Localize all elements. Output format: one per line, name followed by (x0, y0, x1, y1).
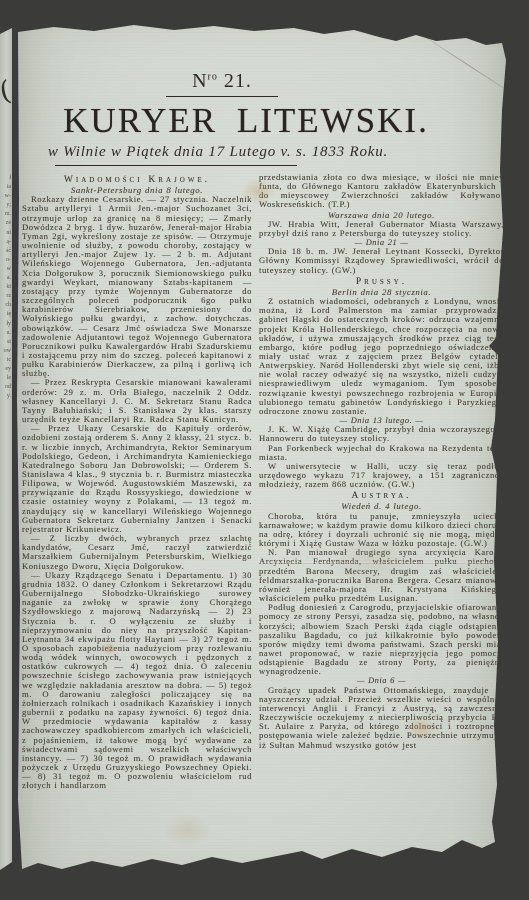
paragraph: Pan Forkenbeck wyjechał do Krakowa na Re… (259, 444, 504, 462)
issue-prefix: N (192, 70, 207, 92)
masthead-dateline: w Wilnie w Piątek dnia 17 Lutego v. s. 1… (0, 144, 466, 161)
paragraph: W uniwersytecie w Halli, uczy się teraz … (259, 462, 504, 489)
issue-superscript: ro (208, 71, 218, 82)
section-header-austrya: Austrya. (259, 492, 504, 501)
paper-fold-line (262, 562, 502, 564)
paragraph: przedstawiania złota co dwa miesiące, w … (259, 173, 504, 210)
masthead-rule-top (166, 96, 278, 97)
paragraph: J. K. W. Xiążę Cambridge, przybył dnia w… (259, 425, 504, 443)
paragraph: — Przez Reskrypta Cesarskie mianowani ka… (22, 378, 252, 424)
adjacent-page-edge: ł ia w- y; m. ze ni ą- ść o- w a. ki rz … (0, 24, 12, 872)
paragraph: Dnia 18 b. m. JW. Jenerał Leytnant Kosse… (259, 247, 504, 274)
paragraph: Z ostatnich wiadomości, odebranych z Lon… (259, 297, 504, 416)
paragraph: JW. Hrabia Witt, Jenerał Gubernator Mias… (259, 220, 504, 238)
paper-stain (164, 815, 210, 845)
paragraph: — Ukazy Rządzącego Senatu i Departamentu… (22, 571, 252, 791)
paragraph: Grożący upadek Państwa Ottomańskiego, zn… (259, 686, 504, 750)
issue-number: Nro 21. (0, 70, 470, 93)
right-column: przedstawiania złota co dwa miesiące, w … (259, 173, 504, 790)
section-header-prussy: Prussy. (259, 278, 504, 287)
issue-value: 21. (224, 70, 252, 92)
section-header-wiadomosci-krajowe: Wiadomości Krajowe. (22, 176, 252, 185)
newspaper-page: Nro 21. KURYER LITEWSKI. w Wilnie w Piąt… (14, 0, 510, 900)
text-columns: Wiadomości Krajowe.Sankt-Petersburg dnia… (14, 166, 510, 790)
left-column: Wiadomości Krajowe.Sankt-Petersburg dnia… (22, 173, 252, 790)
newspaper-title: KURYER LITEWSKI. (0, 101, 494, 141)
paragraph: — Przez Ukazy Cesarskie do Kapituły orde… (22, 424, 252, 534)
paragraph: N. Pan mianował drugiego syna arcyxięcia… (259, 548, 504, 603)
paragraph: — Z liczby dwóch, wybranych przez szlach… (22, 534, 252, 571)
paragraph: Rozkazy dzienne Cesarskie. — 27 stycznia… (22, 195, 252, 378)
paragraph: Podług doniesień z Carogrodu, przyjaciel… (259, 603, 504, 676)
newspaper-scan: { "page": { "background_color": "#3b3b39… (0, 0, 529, 900)
paragraph: Choroba, która tu panuje, zmnieyszyła uc… (259, 512, 504, 549)
